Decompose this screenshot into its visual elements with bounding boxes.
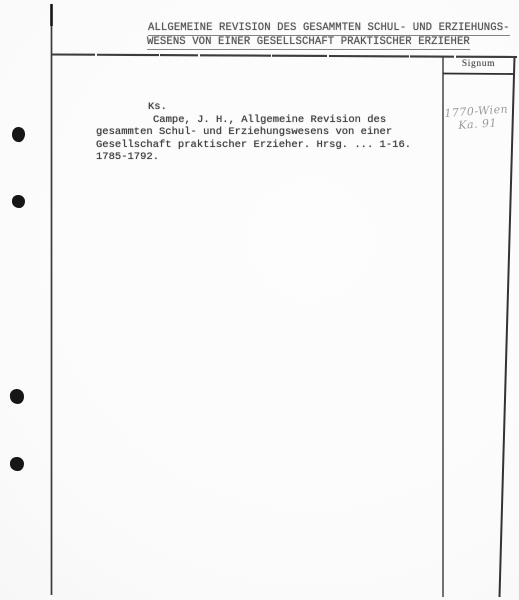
card-title-header: ALLGEMEINE REVISION DES GESAMMTEN SCHUL-… (148, 21, 513, 49)
entry-line: 1785-1792. (96, 151, 436, 164)
signum-cell-bottom-rule (443, 74, 514, 75)
signum-column-right-rule (500, 57, 515, 597)
hole-punch-mark (11, 126, 26, 143)
signum-column-label: Signum (443, 59, 514, 69)
entry-location-mark: Ks. (148, 101, 436, 114)
entry-line: Campe, J. H., Allgemeine Revision des (153, 114, 436, 127)
handwritten-annotation: 1770-Wien Ka. 91 (444, 101, 519, 133)
catalog-card-scan: ALLGEMEINE REVISION DES GESAMMTEN SCHUL-… (0, 0, 519, 600)
bibliographic-entry: Ks. Campe, J. H., Allgemeine Revision de… (96, 101, 436, 164)
card-title-line-2: WESENS VON EINER GESELLSCHAFT PRAKTISCHE… (147, 35, 513, 49)
card-title-line-2-text: WESENS VON EINER GESELLSCHAFT PRAKTISCHE… (147, 36, 470, 50)
entry-line: Gesellschaft praktischer Erzieher. Hrsg.… (96, 139, 436, 152)
card-rule-lines (0, 0, 519, 600)
card-title-line-1: ALLGEMEINE REVISION DES GESAMMTEN SCHUL-… (148, 21, 513, 35)
entry-line: gesammten Schul- und Erziehungswesens vo… (96, 126, 436, 139)
top-rule (51, 55, 517, 58)
hole-punch-mark (9, 388, 24, 404)
hole-punch-mark (12, 195, 25, 208)
card-title-line-1-text: ALLGEMEINE REVISION DES GESAMMTEN SCHUL-… (148, 22, 510, 36)
hole-punch-mark (10, 457, 24, 471)
